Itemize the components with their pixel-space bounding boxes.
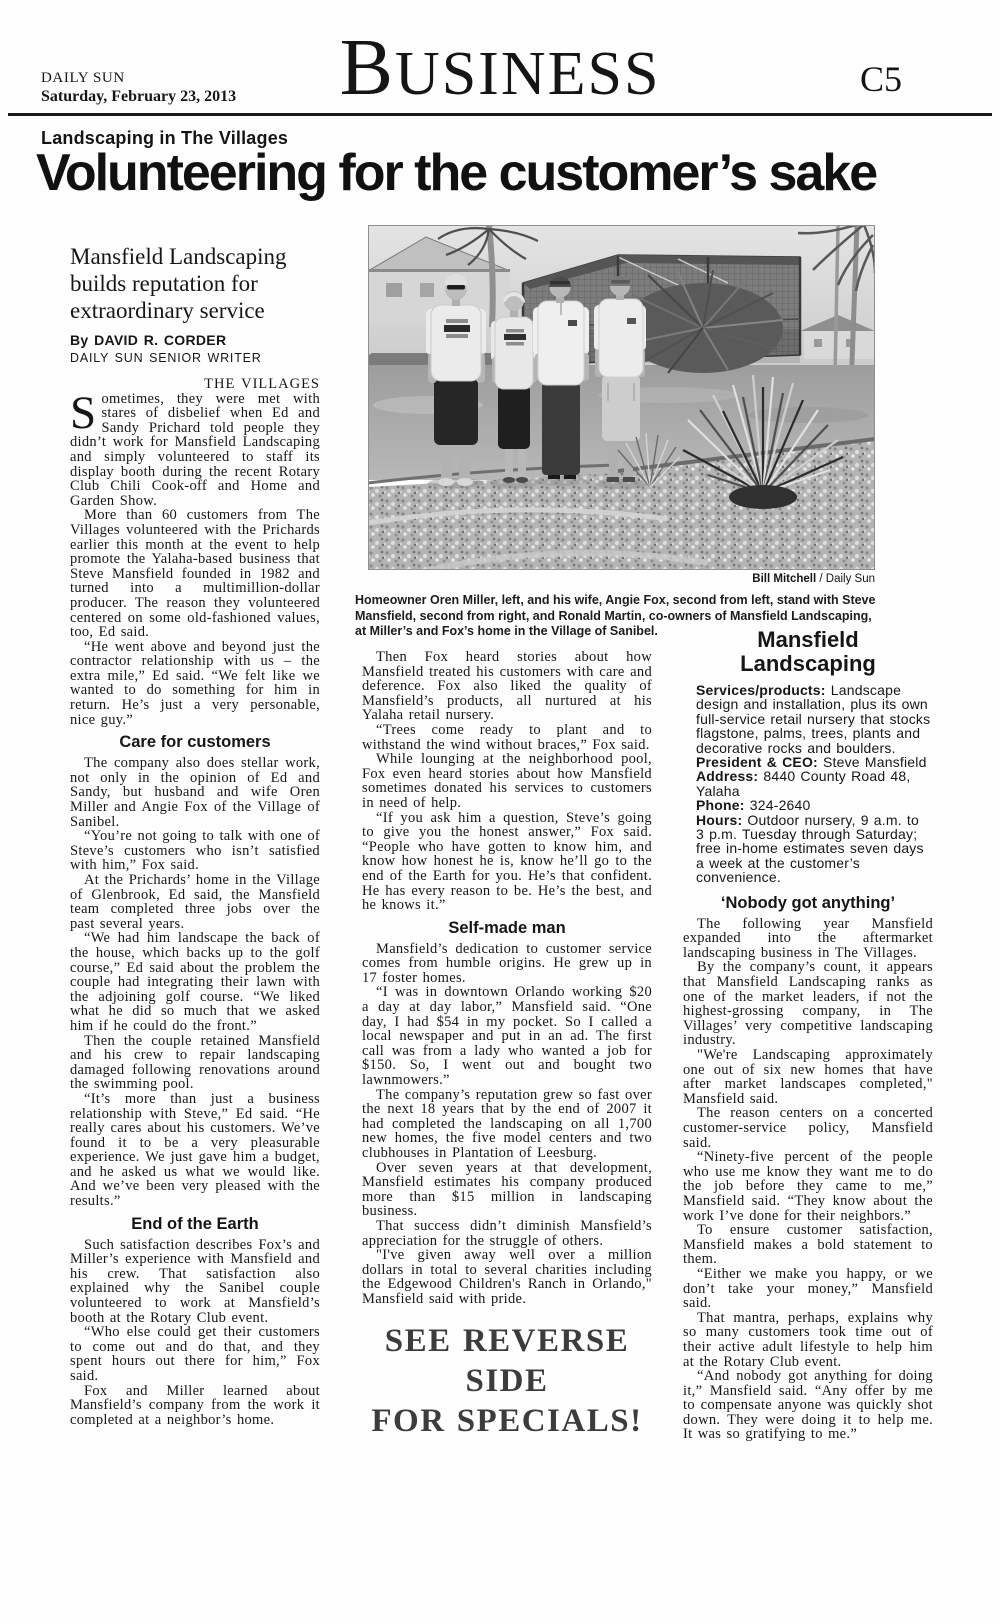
article-paragraph: The company also does stellar work, not … [70,756,320,829]
article-paragraph: “It’s more than just a business relation… [70,1092,320,1209]
photo-credit-name: Bill Mitchell [752,573,816,585]
article-paragraph: While lounging at the neighborhood pool,… [362,752,652,810]
article-paragraph: “Ninety-five percent of the people who u… [683,1150,933,1223]
article-paragraph: "I've given away well over a million dol… [362,1248,652,1306]
drop-cap: S [70,392,101,432]
fact-box: Mansfield Landscaping Services/products:… [683,628,933,885]
article-paragraph: The reason centers on a concerted custom… [683,1106,933,1150]
article-paragraph: Then Fox heard stories about how Mansfie… [362,650,652,723]
article-paragraph: Over seven years at that development, Ma… [362,1161,652,1219]
fact-box-title: Mansfield Landscaping [723,628,893,676]
left-column-paragraphs: More than 60 customers from The Villages… [70,508,320,1427]
article-paragraph: More than 60 customers from The Villages… [70,508,320,639]
byline: By DAVID R. CORDER [70,332,320,348]
promo-line-2: FOR SPECIALS! [362,1401,652,1441]
article-paragraph: To ensure customer satisfaction, Mansfie… [683,1223,933,1267]
masthead-rule [8,113,992,116]
article-paragraph: That success didn’t diminish Mansfield’s… [362,1219,652,1248]
lead-text: ometimes, they were met with stares of d… [70,391,320,509]
article-paragraph: The following year Mansfield expanded in… [683,917,933,961]
promo-line-1: SEE REVERSE SIDE [362,1321,652,1401]
dateline: THE VILLAGES [70,377,320,392]
section-title: BUSINESS [0,28,1000,108]
lead-paragraph: Sometimes, they were met with stares of … [70,392,320,509]
middle-column-paragraphs: Then Fox heard stories about how Mansfie… [362,650,652,1307]
article-paragraph: Fox and Miller learned about Mansfield’s… [70,1384,320,1428]
article-paragraph: “Who else could get their customers to c… [70,1325,320,1383]
fact-box-item: Phone: 324-2640 [696,798,931,812]
article-paragraph: “If you ask him a question, Steve’s goin… [362,811,652,913]
byline-title: DAILY SUN SENIOR WRITER [70,351,320,365]
fact-box-items: Services/products: Landscape design and … [683,683,933,885]
article-paragraph: “Trees come ready to plant and to withst… [362,723,652,752]
article-paragraph: “I was in downtown Orlando working $20 a… [362,985,652,1087]
article-paragraph: “Either we make you happy, or we don’t t… [683,1267,933,1311]
fact-box-item: President & CEO: Steve Mansfield [696,755,931,769]
article-paragraph: “And nobody got anything for doing it,” … [683,1369,933,1442]
headline: Volunteering for the customer’s sake [36,146,986,201]
article-paragraph: Mansfield’s dedication to customer servi… [362,942,652,986]
fact-box-item: Address: 8440 County Road 48, Yalaha [696,769,931,798]
article-paragraph: Self-made man [362,919,652,938]
newspaper-page: DAILY SUN Saturday, February 23, 2013 BU… [0,0,1000,1624]
right-column-paragraphs: ‘Nobody got anything’ The following year… [683,894,933,1442]
fact-box-item: Services/products: Landscape design and … [696,683,931,755]
deck: Mansfield Landscaping builds reputation … [70,243,320,324]
photo-credit: Bill Mitchell / Daily Sun [575,573,875,585]
article-paragraph: “You’re not going to talk with one of St… [70,829,320,873]
middle-column: Then Fox heard stories about how Mansfie… [362,650,652,1441]
article-paragraph: Care for customers [70,733,320,752]
article-paragraph: By the company’s count, it appears that … [683,960,933,1048]
article-paragraph: The company’s reputation grew so fast ov… [362,1088,652,1161]
photo-credit-org: / Daily Sun [816,573,875,585]
article-paragraph: At the Prichards’ home in the Village of… [70,873,320,931]
article-paragraph: That mantra, perhaps, explains why so ma… [683,1311,933,1369]
article-paragraph: "We're Landscaping approximately one out… [683,1048,933,1106]
right-column: Mansfield Landscaping Services/products:… [683,628,933,1442]
article-paragraph: ‘Nobody got anything’ [683,894,933,913]
article-paragraph: “He went above and beyond just the contr… [70,640,320,728]
fact-box-item: Hours: Outdoor nursery, 9 a.m. to 3 p.m.… [696,813,931,885]
article-paragraph: Then the couple retained Mansfield and h… [70,1034,320,1092]
article-photo [368,225,875,570]
page-number: C5 [860,58,902,100]
article-paragraph: End of the Earth [70,1215,320,1234]
left-column: Mansfield Landscaping builds reputation … [70,243,320,1427]
article-paragraph: Such satisfaction describes Fox’s and Mi… [70,1238,320,1326]
promo-banner: SEE REVERSE SIDE FOR SPECIALS! [362,1321,652,1441]
article-paragraph: “We had him landscape the back of the ho… [70,931,320,1033]
